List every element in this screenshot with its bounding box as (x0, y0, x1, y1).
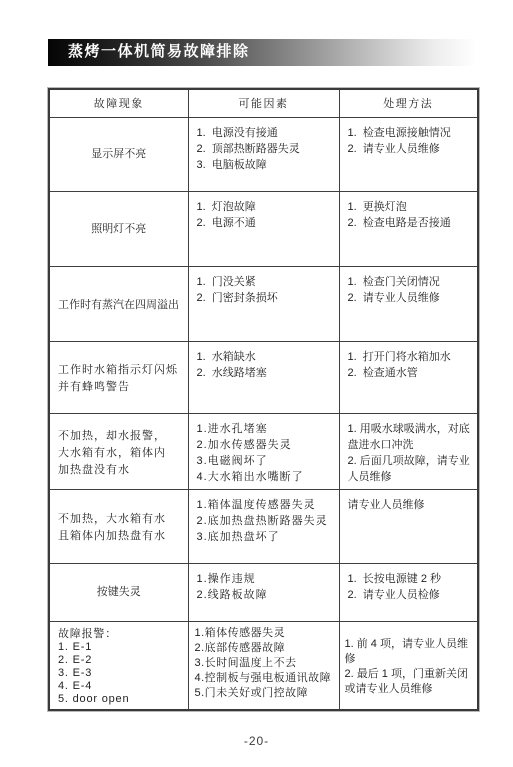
cell-phenomenon: 故障报警： 1. E-1 2. E-2 3. E-3 4. E-4 5. doo… (49, 621, 188, 710)
table-row: 故障报警： 1. E-1 2. E-2 3. E-3 4. E-4 5. doo… (49, 621, 478, 710)
column-header-causes: 可能因素 (188, 89, 339, 117)
table-header-row: 故障现象 可能因素 处理方法 (49, 89, 478, 117)
page-number: -20- (0, 734, 513, 748)
cell-solutions: 1. 长按电源键 2 秒 2. 请专业人员检修 (339, 563, 478, 621)
table-row: 显示屏不亮 1. 电源没有接通 2. 顶部热断路器失灵 3. 电脑板故障 1. … (49, 117, 478, 191)
cell-causes: 1.箱体温度传感器失灵 2.底加热盘热断路器失灵 3.底加热盘坏了 (188, 489, 339, 563)
cell-solutions: 1. 检查门关闭情况 2. 请专业人员维修 (339, 266, 478, 341)
cell-causes: 1. 水箱缺水 2. 水线路堵塞 (188, 341, 339, 413)
section-title: 蒸烤一体机简易故障排除 (68, 43, 250, 60)
cell-causes: 1. 门没关紧 2. 门密封条损坏 (188, 266, 339, 341)
section-title-bar: 蒸烤一体机简易故障排除 (48, 39, 477, 66)
table-row: 照明灯不亮 1. 灯泡故障 2. 电源不通 1. 更换灯泡 2. 检查电路是否接… (49, 191, 478, 266)
column-header-phenomenon: 故障现象 (49, 89, 188, 117)
cell-solutions: 请专业人员维修 (339, 489, 478, 563)
column-header-solutions: 处理方法 (339, 89, 478, 117)
cell-phenomenon: 照明灯不亮 (49, 191, 188, 266)
cell-solutions: 1. 更换灯泡 2. 检查电路是否接通 (339, 191, 478, 266)
cell-causes: 1. 电源没有接通 2. 顶部热断路器失灵 3. 电脑板故障 (188, 117, 339, 191)
cell-phenomenon: 不加热，大水箱有水 且箱体内加热盘有水 (49, 489, 188, 563)
cell-phenomenon: 按键失灵 (49, 563, 188, 621)
cell-phenomenon: 显示屏不亮 (49, 117, 188, 191)
cell-phenomenon: 工作时水箱指示灯闪烁 并有蜂鸣警告 (49, 341, 188, 413)
table-row: 工作时水箱指示灯闪烁 并有蜂鸣警告 1. 水箱缺水 2. 水线路堵塞 1. 打开… (49, 341, 478, 413)
table-row: 不加热，大水箱有水 且箱体内加热盘有水 1.箱体温度传感器失灵 2.底加热盘热断… (49, 489, 478, 563)
cell-causes: 1.操作违规 2.线路板故障 (188, 563, 339, 621)
table-row: 按键失灵 1.操作违规 2.线路板故障 1. 长按电源键 2 秒 2. 请专业人… (49, 563, 478, 621)
table-row: 不加热，却水报警， 大水箱有水，箱体内 加热盘没有水 1.进水孔堵塞 2.加水传… (49, 413, 478, 489)
cell-solutions: 1. 检查电源接触情况 2. 请专业人员维修 (339, 117, 478, 191)
cell-solutions: 1. 前 4 项，请专业人员维修 2. 最后 1 项，门重新关闭或请专业人员维修 (339, 621, 478, 710)
troubleshooting-table: 故障现象 可能因素 处理方法 显示屏不亮 1. 电源没有接通 2. 顶部热断路器… (48, 88, 479, 711)
cell-solutions: 1. 用吸水球吸满水，对底盘进水口冲洗 2. 后面几项故障，请专业人员维修 (339, 413, 478, 489)
cell-causes: 1.进水孔堵塞 2.加水传感器失灵 3.电磁阀坏了 4.大水箱出水嘴断了 (188, 413, 339, 489)
cell-solutions: 1. 打开门将水箱加水 2. 检查通水管 (339, 341, 478, 413)
manual-page: 蒸烤一体机简易故障排除 故障现象 可能因素 处理方法 显示屏不亮 1. 电源没有… (0, 0, 513, 767)
cell-phenomenon: 不加热，却水报警， 大水箱有水，箱体内 加热盘没有水 (49, 413, 188, 489)
cell-phenomenon: 工作时有蒸汽在四周溢出 (49, 266, 188, 341)
cell-causes: 1.箱体传感器失灵 2.底部传感器故障 3.长时间温度上不去 4.控制板与强电板… (188, 621, 339, 710)
table-row: 工作时有蒸汽在四周溢出 1. 门没关紧 2. 门密封条损坏 1. 检查门关闭情况… (49, 266, 478, 341)
cell-causes: 1. 灯泡故障 2. 电源不通 (188, 191, 339, 266)
